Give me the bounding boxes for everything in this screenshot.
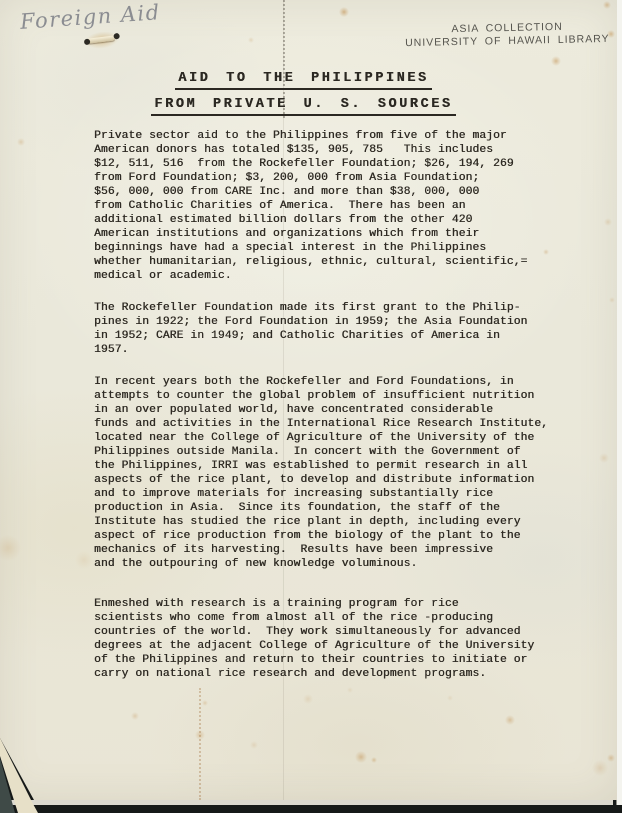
text-line: additional estimated billion dollars fro…: [94, 213, 574, 227]
text-line: whether humanitarian, religious, ethnic,…: [94, 255, 574, 269]
text-line: scientists who come from almost all of t…: [94, 611, 574, 625]
text-line: and the outpouring of new knowledge volu…: [94, 557, 574, 571]
foxing-spot: [592, 760, 608, 776]
foxing-spot: [131, 712, 139, 720]
paragraph: Private sector aid to the Philippines fr…: [94, 129, 574, 283]
library-stamp: ASIA COLLECTION UNIVERSITY OF HAWAII LIB…: [404, 20, 609, 50]
foxing-spot: [0, 535, 21, 561]
text-line: funds and activities in the Internationa…: [94, 417, 574, 431]
text-line: Institute has studied the rice plant in …: [94, 515, 574, 529]
text-line: pines in 1922; the Ford Foundation in 19…: [94, 315, 574, 329]
paragraph: The Rockefeller Foundation made its firs…: [94, 301, 574, 357]
staple: [83, 30, 121, 50]
text-line: In recent years both the Rockefeller and…: [94, 375, 574, 389]
foxing-spot: [551, 56, 561, 66]
text-line: medical or academic.: [94, 269, 574, 283]
text-line: from Ford Foundation; $3, 200, 000 from …: [94, 171, 574, 185]
title-line-1: AID TO THE PHILIPPINES: [175, 71, 431, 90]
document-body: Private sector aid to the Philippines fr…: [94, 129, 574, 699]
text-line: countries of the world. They work simult…: [94, 625, 574, 639]
foxing-spot: [75, 551, 93, 569]
foxing-spot: [339, 7, 349, 17]
text-line: mechanics of its harvesting. Results hav…: [94, 543, 574, 557]
text-line: carry on national rice research and deve…: [94, 667, 574, 681]
text-line: degrees at the adjacent College of Agric…: [94, 639, 574, 653]
stain-streak: [199, 688, 201, 800]
foxing-spot: [505, 715, 515, 725]
text-line: Private sector aid to the Philippines fr…: [94, 129, 574, 143]
text-line: and to improve materials for increasing …: [94, 487, 574, 501]
foxing-spot: [609, 297, 615, 303]
text-line: in an over populated world, have concent…: [94, 403, 574, 417]
handwritten-annotation: Foreign Aid: [19, 0, 161, 34]
scan-bottom-strip: [0, 800, 613, 805]
text-line: $12, 511, 516 from the Rockefeller Found…: [94, 157, 574, 171]
foxing-spot: [250, 741, 258, 749]
text-line: $56, 000, 000 from CARE Inc. and more th…: [94, 185, 574, 199]
text-line: 1957.: [94, 343, 574, 357]
text-line: American institutions and organizations …: [94, 227, 574, 241]
text-line: aspects of the rice plant, to develop an…: [94, 473, 574, 487]
text-line: the Philippines, IRRI was established to…: [94, 459, 574, 473]
scanned-document: Foreign Aid ASIA COLLECTION UNIVERSITY O…: [0, 0, 622, 813]
foxing-spot: [202, 700, 208, 706]
text-line: beginnings have had a special interest i…: [94, 241, 574, 255]
document-page: Foreign Aid ASIA COLLECTION UNIVERSITY O…: [0, 0, 617, 800]
text-line: Enmeshed with research is a training pro…: [94, 597, 574, 611]
foxing-spot: [599, 453, 609, 463]
text-line: Philippines outside Manila. In concert w…: [94, 445, 574, 459]
text-line: aspect of rice production from the biolo…: [94, 529, 574, 543]
foxing-spot: [248, 37, 254, 43]
foxing-spot: [355, 751, 367, 763]
paragraph: Enmeshed with research is a training pro…: [94, 597, 574, 681]
text-line: production in Asia. Since its foundation…: [94, 501, 574, 515]
document-title: AID TO THE PHILIPPINES FROM PRIVATE U. S…: [0, 68, 607, 120]
title-line-2: FROM PRIVATE U. S. SOURCES: [151, 97, 455, 116]
foxing-spot: [17, 138, 25, 146]
text-line: The Rockefeller Foundation made its firs…: [94, 301, 574, 315]
foxing-spot: [371, 757, 377, 763]
text-line: attempts to counter the global problem o…: [94, 389, 574, 403]
text-line: from Catholic Charities of America. Ther…: [94, 199, 574, 213]
foxing-spot: [603, 1, 611, 9]
foxing-spot: [604, 218, 612, 226]
text-line: of the Philippines and return to their c…: [94, 653, 574, 667]
paragraph: In recent years both the Rockefeller and…: [94, 375, 574, 571]
foxing-spot: [607, 754, 615, 762]
text-line: located near the College of Agriculture …: [94, 431, 574, 445]
text-line: American donors has totaled $135, 905, 7…: [94, 143, 574, 157]
text-line: in 1952; CARE in 1949; and Catholic Char…: [94, 329, 574, 343]
